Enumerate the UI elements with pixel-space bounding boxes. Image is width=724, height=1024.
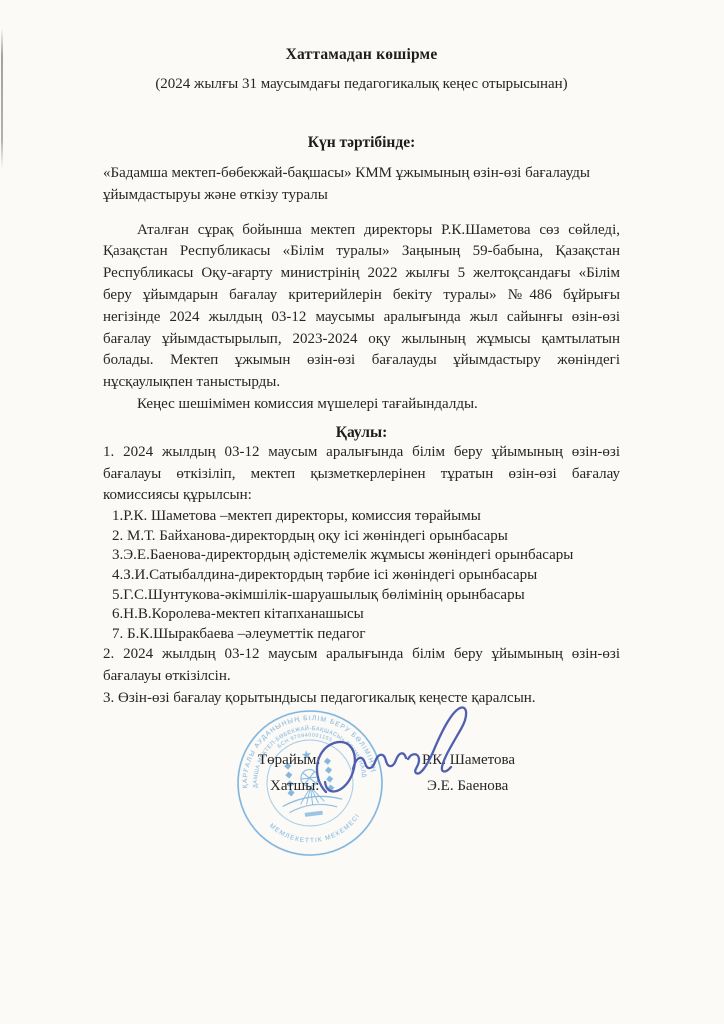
signature-graphic [296,698,496,810]
commission-member: 7. Б.К.Шыракбаева –әлеуметтік педагог [112,625,620,645]
commission-member: 5.Г.С.Шунтукова-әкімшілік-шаруашылық бөл… [112,586,620,606]
agenda-heading: Күн тәртібінде: [103,134,620,152]
commission-member: 2. М.Т. Байханова-директордың оқу ісі жө… [112,527,620,547]
commission-member: 6.Н.В.Королева-мектеп кітапханашысы [112,605,620,625]
commission-member: 4.З.И.Сатыбалдина-директордың тәрбие ісі… [112,566,620,586]
commission-member-list: 1.Р.К. Шаметова –мектеп директоры, комис… [103,507,620,644]
commission-member: 1.Р.К. Шаметова –мектеп директоры, комис… [112,507,620,527]
scan-edge-artifact [1,28,3,168]
document-title: Хаттамадан көшірме [103,46,620,64]
signature-flourish [408,707,466,773]
handwritten-signature [296,698,496,810]
signature-humps [353,753,406,769]
resolution-item-2: 2. 2024 жылдың 03-12 маусым аралығында б… [103,644,620,688]
body-paragraph-1: Аталған сұрақ бойынша мектеп директоры Р… [103,220,620,394]
seal-banner [305,810,323,816]
body-paragraph-2: Кеңес шешімімен комиссия мүшелері тағайы… [103,394,620,416]
resolution-heading: Қаулы: [103,424,620,442]
signature-block: ҚАРҒАЛЫ АУДАНЫНЫҢ БІЛІМ БЕРУ БӨЛІМІНІҢ «… [103,712,620,902]
resolution-item-1: 1. 2024 жылдың 03-12 маусым аралығында б… [103,442,620,507]
document-subtitle: (2024 жылғы 31 маусымдағы педагогикалық … [103,76,620,93]
agenda-text: «Бадамша мектеп-бөбекжай-бақшасы» КММ ұж… [103,163,620,207]
document-page: Хаттамадан көшірме (2024 жылғы 31 маусым… [0,0,724,1024]
commission-member: 3.Э.Е.Баенова-директордың әдістемелік жұ… [112,546,620,566]
signature-loop [317,742,355,792]
